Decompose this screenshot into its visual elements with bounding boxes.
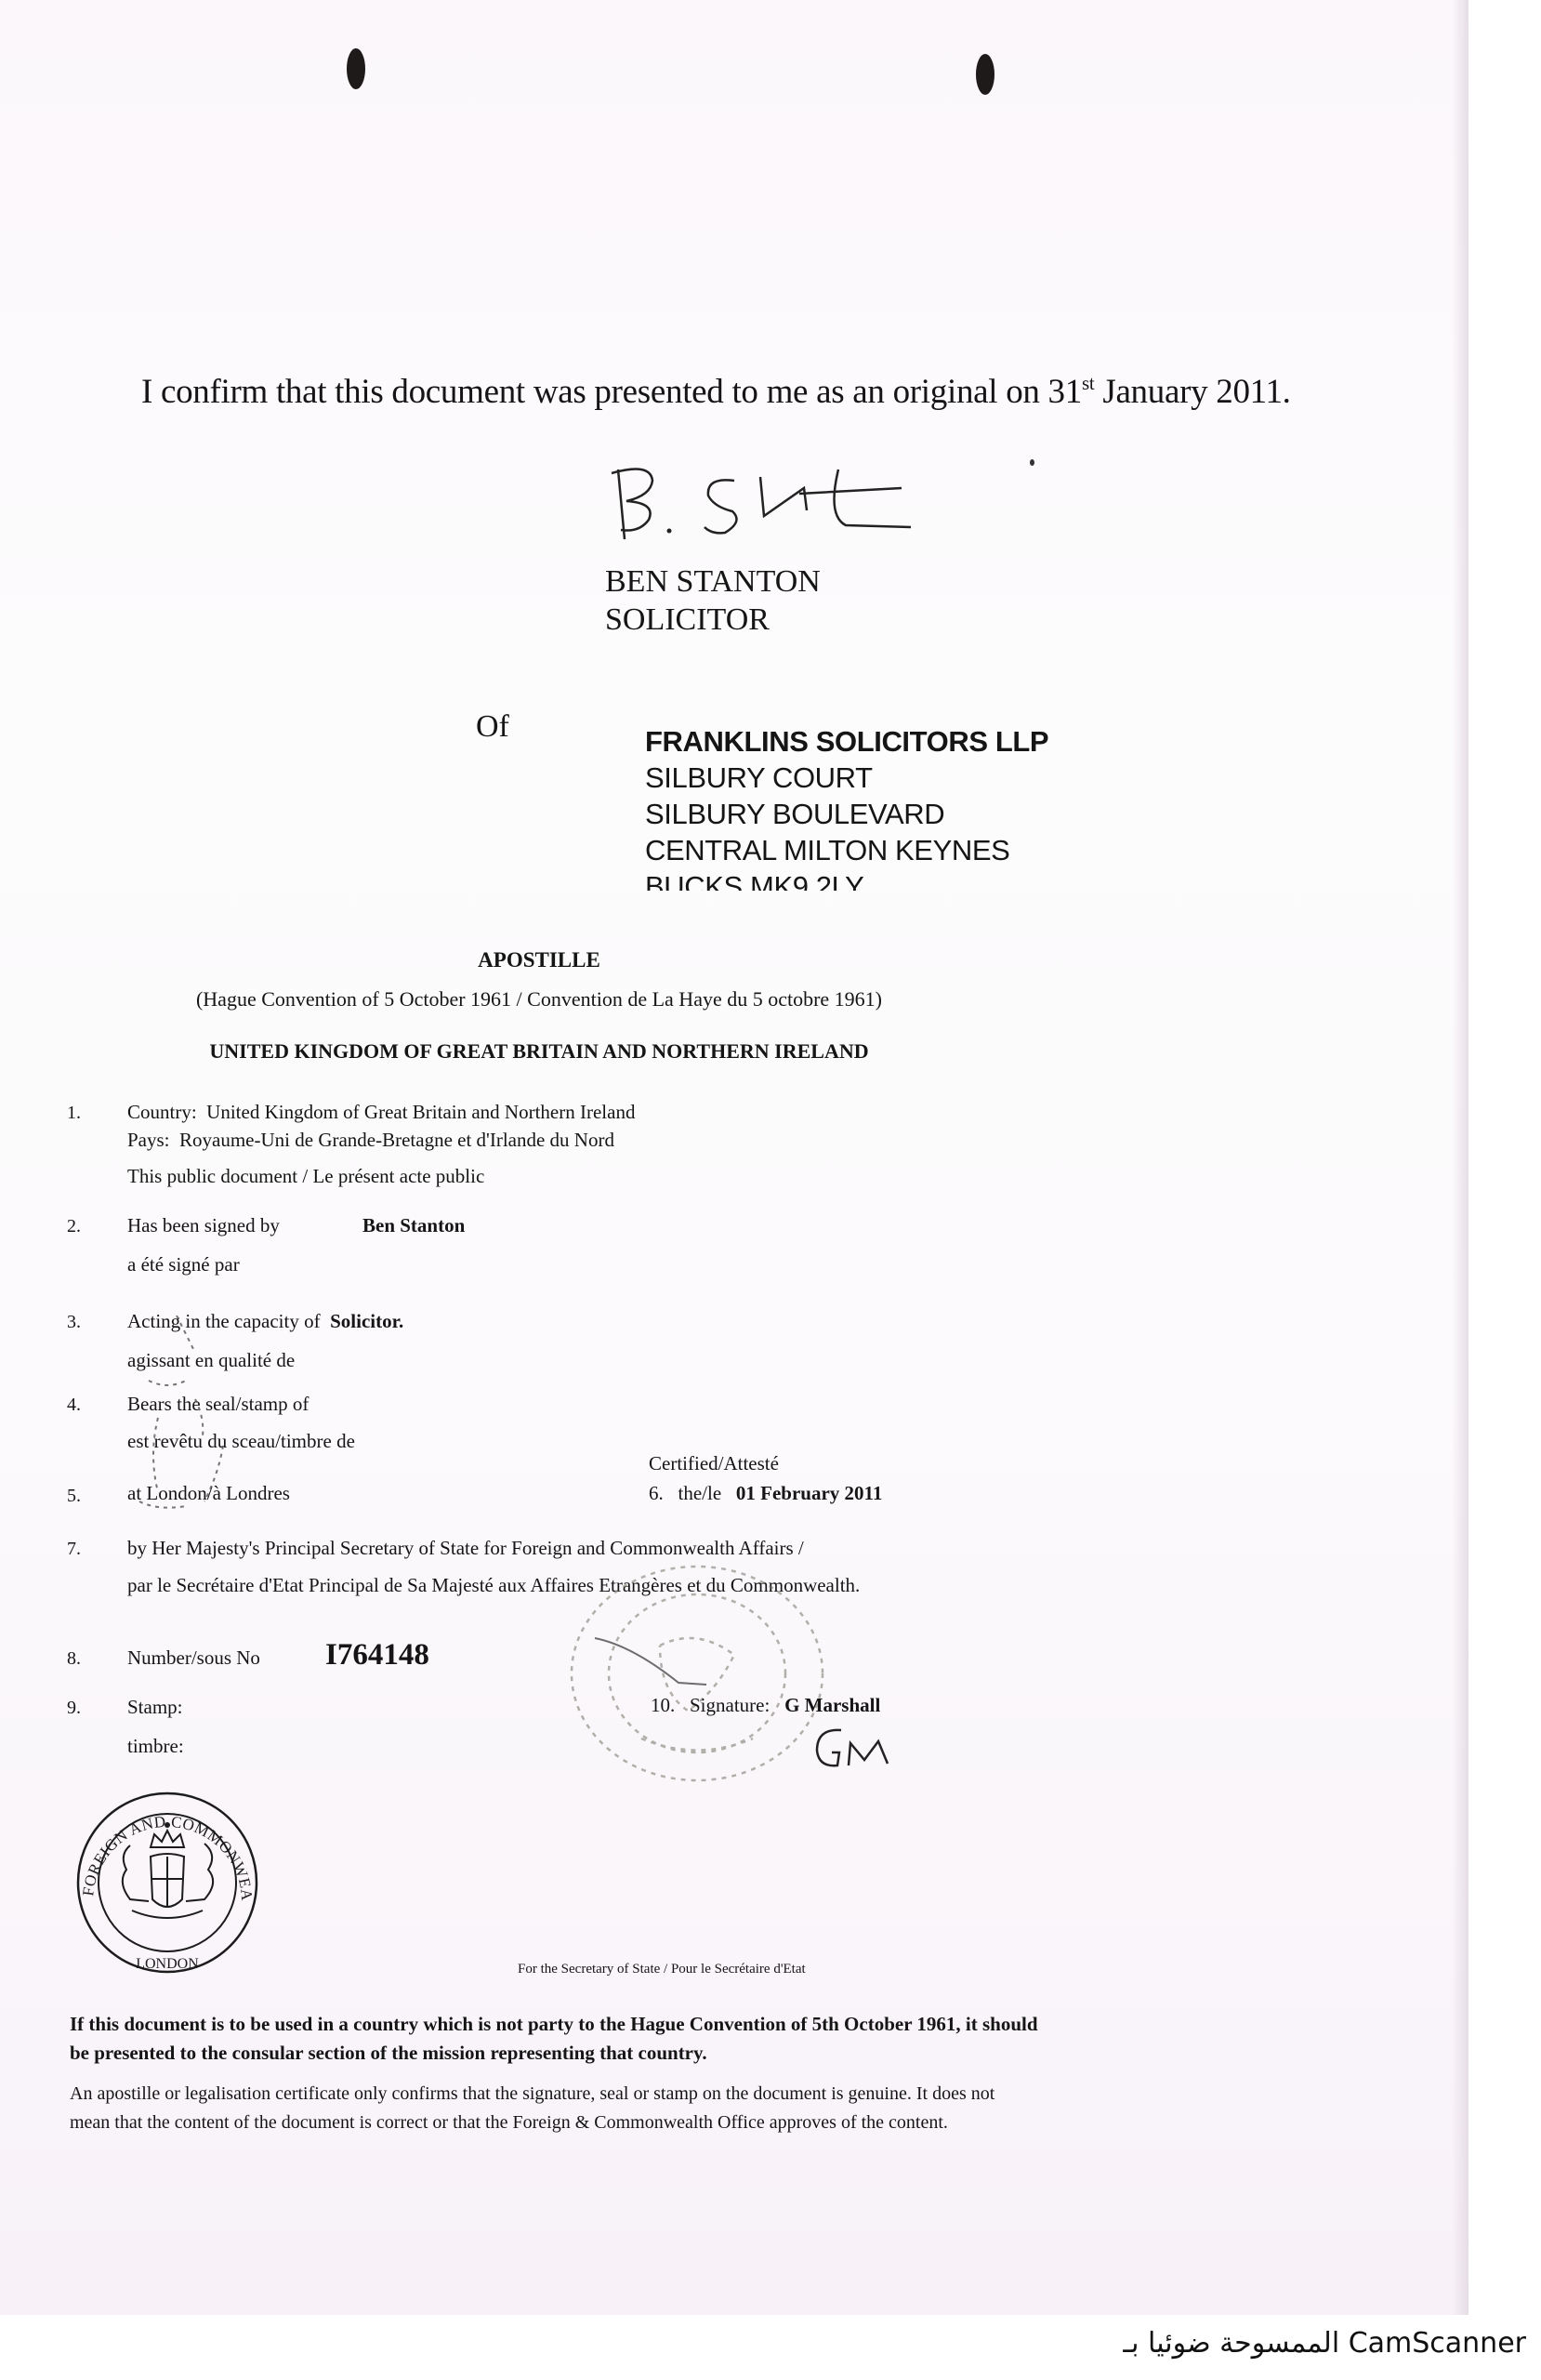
item-number: 9. [67,1698,81,1719]
address-line-cropped: BUCKS MK9 2LY [645,868,1048,891]
punch-hole-right [976,54,994,95]
apostille-disclaimer: An apostille or legalisation certificate… [70,2080,999,2137]
item-number: 7. [67,1539,81,1560]
stamp-label: Stamp: [127,1696,183,1719]
for-secretary-caption: For the Secretary of State / Pour le Sec… [518,1962,806,1977]
official-signature-initials [813,1725,902,1771]
convention-reference: (Hague Convention of 5 October 1961 / Co… [0,987,1078,1011]
fco-seal-icon: FOREIGN AND COMMONWEALTH OFFICE LONDON [65,1790,270,1985]
date-line: 6. the/le 01 February 2011 [649,1482,882,1505]
public-document-line: This public document / Le présent acte p… [127,1165,484,1188]
scanned-page: I confirm that this document was present… [0,0,1469,2315]
stamp-label-fr: timbre: [127,1735,184,1758]
country-heading: UNITED KINGDOM OF GREAT BRITAIN AND NORT… [0,1039,1078,1064]
hague-warning-notice: If this document is to be used in a coun… [70,2010,1046,2068]
svg-text:LONDON: LONDON [136,1956,199,1972]
signatory-name: BEN STANTON [605,562,821,601]
item-number: 1. [67,1103,81,1124]
certification-statement: I confirm that this document was present… [141,372,1291,412]
firm-address-block: FRANKLINS SOLICITORS LLP SILBURY COURT S… [645,723,1048,891]
certified-heading: Certified/Attesté [649,1452,779,1475]
signed-by-value: Ben Stanton [362,1214,465,1237]
solicitor-signature [595,460,929,544]
address-line: CENTRAL MILTON KEYNES [645,832,1048,868]
of-label: Of [476,709,509,745]
signatory-title: SOLICITOR [605,601,821,639]
item-number: 3. [67,1312,81,1333]
apostille-title: APOSTILLE [0,948,1078,972]
signature-line: 10. Signature: G Marshall [651,1694,880,1717]
signed-by-label-fr: a été signé par [127,1253,240,1276]
apostille-number: I764148 [325,1638,429,1673]
item-number: 4. [67,1395,81,1416]
camscanner-watermark: الممسوحة ضوئيا بـ CamScanner [1123,2327,1526,2360]
item-number: 2. [67,1216,81,1237]
address-line: SILBURY COURT [645,760,1048,796]
item-number: 5. [67,1486,81,1507]
svg-text:FOREIGN AND COMMONWEALTH OFFIC: FOREIGN AND COMMONWEALTH OFFICE [65,1790,256,1902]
signatory-block: BEN STANTON SOLICITOR [605,562,821,639]
address-line: SILBURY BOULEVARD [645,796,1048,832]
ink-mark [1030,459,1034,466]
page-edge-shadow [1452,0,1469,2315]
country-line-en: Country: United Kingdom of Great Britain… [127,1101,635,1124]
signed-by-label: Has been signed by [127,1214,280,1237]
item-number: 8. [67,1648,81,1670]
fco-ink-stamp [558,1553,836,1794]
punch-hole-left [347,48,365,89]
country-line-fr: Pays: Royaume-Uni de Grande-Bretagne et … [127,1129,614,1152]
ink-stamp-fragment [130,1316,260,1520]
firm-name: FRANKLINS SOLICITORS LLP [645,723,1048,760]
number-label: Number/sous No [127,1646,260,1670]
